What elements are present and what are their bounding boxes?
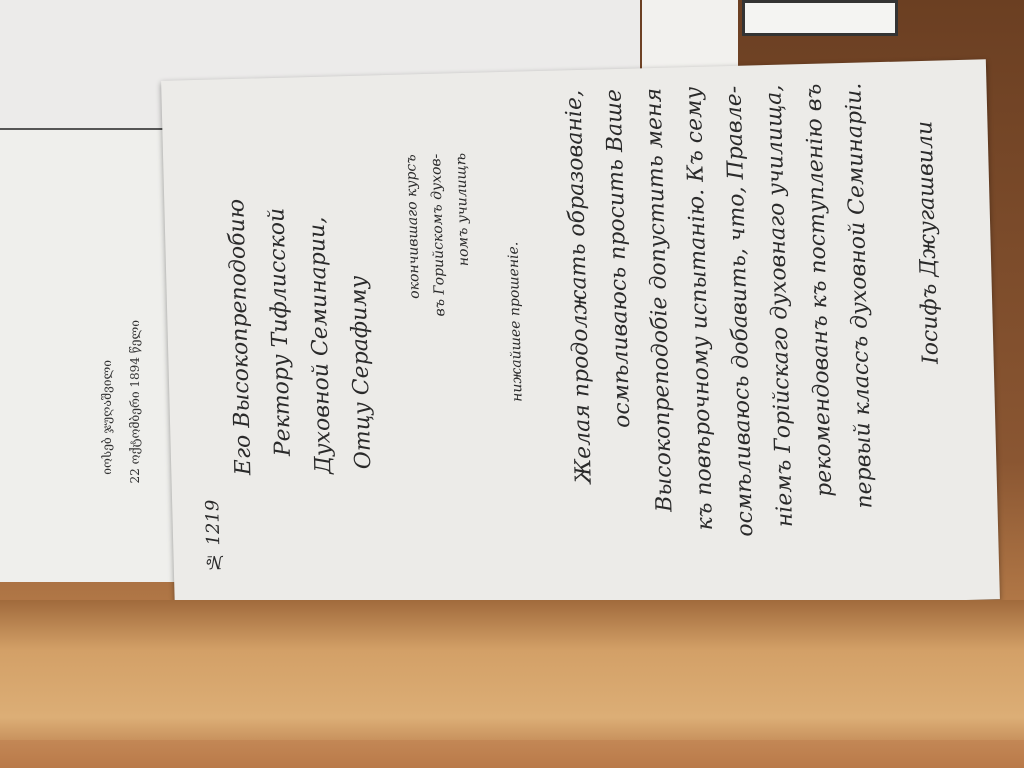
handwritten-letter: № 1219 Его Высокопреподобию Ректору Тифл… [161,59,1000,620]
museum-label [742,0,898,36]
body-line-5: осмѣливаюсь добавить, что, Правле- [721,86,758,537]
body-line-1: Желая продолжать образованіе, [561,90,596,484]
display-glass-edge [0,740,1024,768]
printed-name: იოსებ ჯუღაშვილი [100,360,114,475]
sender-line-2: въ Горийскомъ духов- [428,154,448,317]
sender-line-1: окончившаго курсъ [403,154,423,299]
body-line-7: рекомендованъ къ поступленію въ [801,83,837,497]
body-line-8: первый классъ духовной Семинаріи. [841,82,877,508]
signature: Іосифъ Джугашвили [912,121,943,365]
address-line-2: Ректору Тифлисской [264,208,295,457]
address-line-3: Духовной Семинарии, [305,217,337,475]
body-line-2: осмѣливаюсь просить Ваше [601,89,635,428]
sender-line-3: номъ училищѣ [453,153,472,267]
letter-number: № 1219 [202,499,225,572]
letter-heading: нижайшее прошеніе. [505,242,525,403]
address-line-1: Его Высокопреподобию [224,199,256,476]
body-line-4: къ повѣрочному испытанію. Къ сему [681,87,718,531]
printed-date: 22 ოქტომბერი 1894 წელი [128,320,142,484]
body-line-3: Высокопреподобіе допустить меня [641,88,677,513]
address-line-4: Отцу Серафиму [346,275,376,469]
body-line-6: ніемъ Горійскаго духовнаго училища, [761,85,798,528]
printed-document: 22 ოქტომბერი 1894 წელი იოსებ ჯუღაშვილი [0,130,179,582]
